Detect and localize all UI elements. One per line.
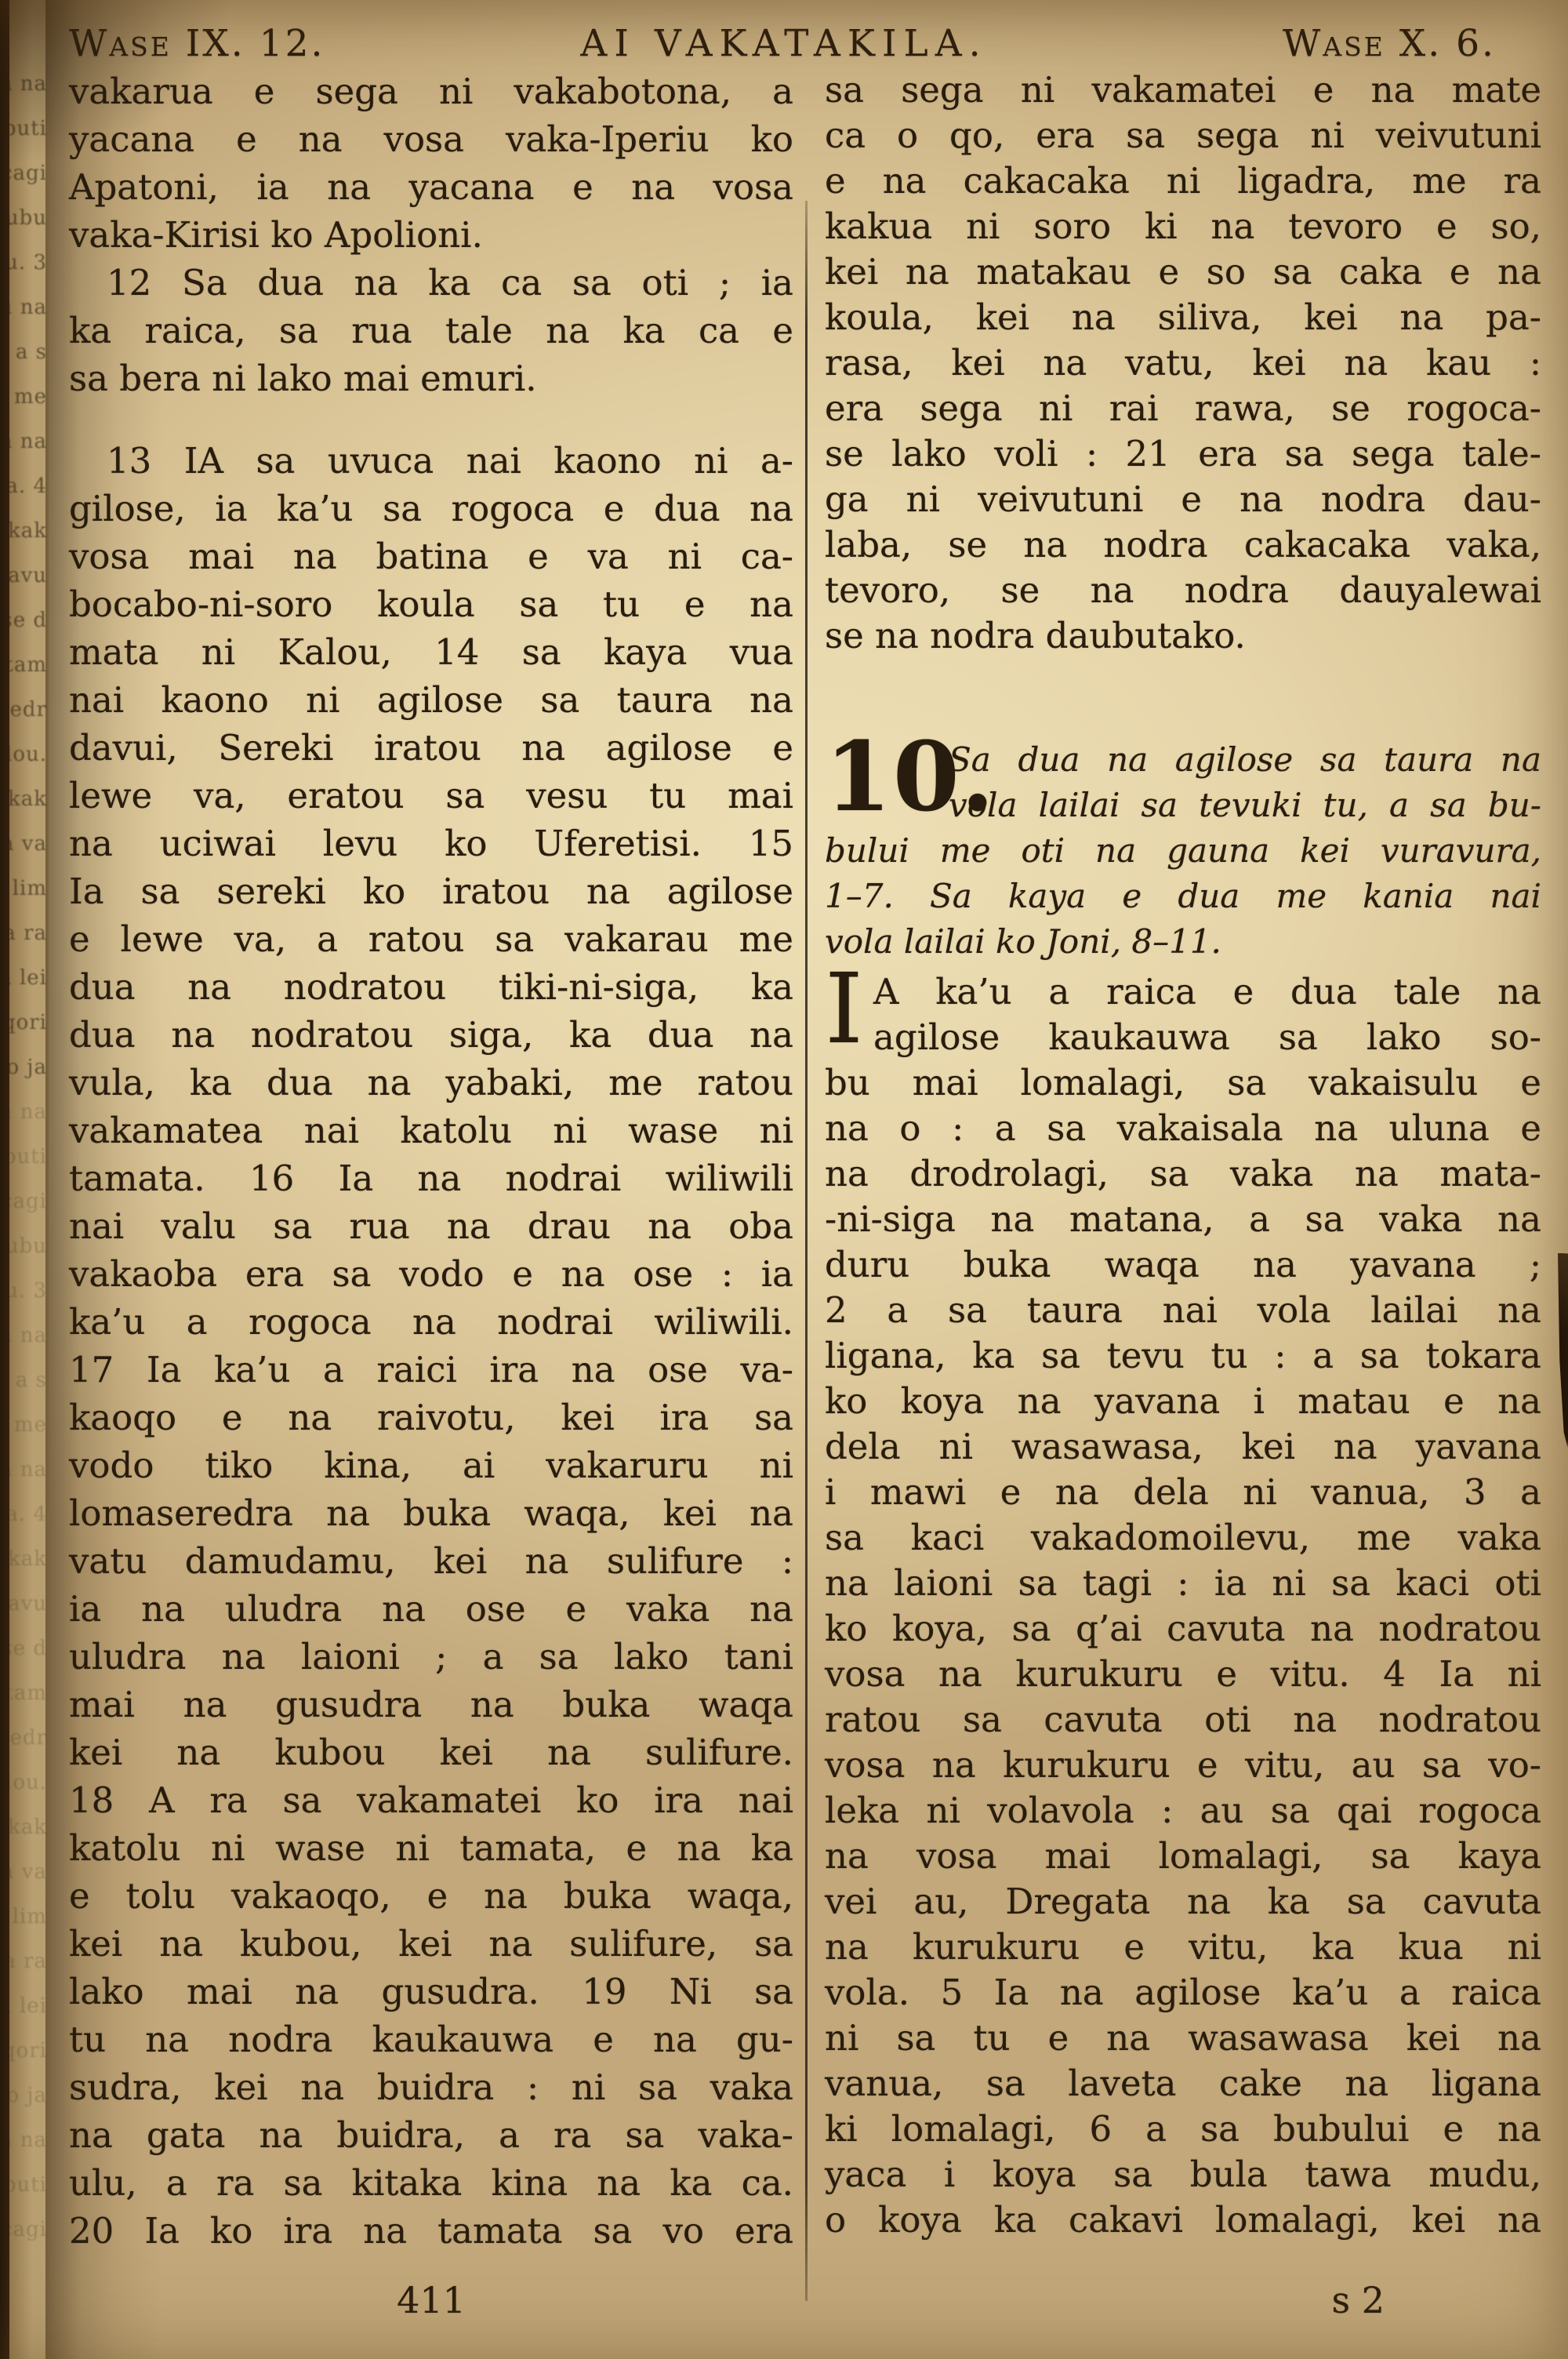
text-line: tu na nodra kaukauwa e na gu- — [69, 2016, 793, 2063]
text-line: ni sa tu e na wasawasa kei na — [825, 2016, 1541, 2061]
text-line: na o : a sa vakaisala na uluna e — [825, 1106, 1541, 1151]
text-line: lewe va, eratou sa vesu tu mai — [69, 772, 793, 820]
text-line: kei na matakau e so sa caka e na — [825, 249, 1541, 295]
text-line: ko koya, sa q’ai cavuta na nodratou — [825, 1606, 1541, 1652]
text-line: vodo tiko kina, ai vakaruru ni — [69, 1441, 793, 1489]
text-line: -ni-siga na matana, a sa vaka na — [825, 1197, 1541, 1242]
right-column: sa sega ni vakamatei e na mateca o qo, e… — [825, 67, 1541, 2243]
text-line: bocabo-ni-soro koula sa tu e na — [69, 580, 793, 628]
text-line: ca o qo, era sa sega ni veivutuni — [825, 113, 1541, 158]
left-column: vakarua e sega ni vakabotona, ayacana e … — [69, 67, 793, 2255]
gutter-text-fragment: a na lei — [8, 1994, 47, 2018]
gutter-text-fragment: a. 4 — [8, 1503, 47, 1526]
text-line: 1–7. Sa kaya e dua me kania nai — [825, 874, 1541, 919]
text-line: vola lailai ko Joni, 8–11. — [825, 919, 1541, 965]
text-line: vosa mai na batina e va ni ca- — [69, 533, 793, 580]
text-line: gilose, ia ka’u sa rogoca e dua na — [69, 485, 793, 533]
book-gutter-edge — [0, 0, 9, 2359]
gutter-text-fragment: a na lei — [8, 966, 47, 990]
gutter-text-fragment: va na — [8, 1458, 47, 1481]
text-line: ka raica, sa rua tale na ka ca e — [69, 307, 793, 354]
text-line: 17 Ia ka’u a raici ira na ose va- — [69, 1346, 793, 1394]
text-line: dela ni wasawasa, kei na yavana — [825, 1424, 1541, 1470]
signature-mark: s 2 — [825, 2279, 1541, 2321]
gutter-text-fragment: sa buti — [8, 117, 47, 140]
text-line: A ka’u a raica e dua tale na — [825, 969, 1541, 1015]
gutter-text-fragment: o ja — [8, 2084, 47, 2107]
gutter-text-fragment: alou. — [8, 743, 47, 766]
text-line: vakarua e sega ni vakabotona, a — [69, 67, 793, 115]
text-line: sa sega ni vakamatei e na mate — [825, 67, 1541, 113]
text-line: mata ni Kalou, 14 sa kaya vua — [69, 628, 793, 676]
gutter-text-fragment: vaka na — [8, 72, 47, 96]
text-line: leka ni volavola : au sa qai rogoca — [825, 1788, 1541, 1834]
text-line: ligana, ka sa tevu tu : a sa tokara — [825, 1333, 1541, 1379]
gutter-text-fragment: adredr — [8, 698, 47, 722]
text-line: na laioni sa tagi : ia ni sa kaci oti — [825, 1561, 1541, 1606]
chapter-10-body: I A ka’u a raica e dua tale naagilose ka… — [825, 969, 1541, 2243]
text-line: nai kaono ni agilose sa taura na — [69, 676, 793, 724]
text-line: na vosa mai lomalagi, sa kaya — [825, 1834, 1541, 1879]
text-line: 13 IA sa uvuca nai kaono ni a- — [69, 437, 793, 485]
text-line: vei au, Dregata na ka sa cavuta — [825, 1879, 1541, 1925]
gutter-text-fragment: na tam — [8, 653, 47, 677]
column-divider-rule — [805, 201, 808, 2301]
text-line: vola. 5 Ia na agilose ka’u a raica — [825, 1970, 1541, 2016]
text-line: Apatoni, ia na yacana e na vosa — [69, 163, 793, 211]
gutter-text-fragment: lu. 3 — [8, 1279, 47, 1303]
text-line: e tolu vakaoqo, e na buka waqa, — [69, 1872, 793, 1920]
text-line: vatu damudamu, kei na sulifure : — [69, 1537, 793, 1585]
text-line: vosa na kurukuru e vitu. 4 Ia ni — [825, 1652, 1541, 1697]
previous-page-edge: vaka nasa butina cagiai kubulu. 3bou naa… — [8, 0, 49, 2359]
gutter-text-fragment: sa buti — [8, 1145, 47, 1169]
text-line: dua na nodratou tiki-ni-siga, ka — [69, 963, 793, 1011]
gutter-text-fragment: na tam — [8, 1681, 47, 1705]
text-line: na drodrolagi, sa vaka na mata- — [825, 1151, 1541, 1197]
text-line: mai na gusudra na buka waqa — [69, 1681, 793, 1728]
gutter-text-fragment: lu. 3 — [8, 251, 47, 274]
text-line: se na nodra daubutako. — [825, 613, 1541, 659]
text-line: koula, kei na siliva, kei na pa- — [825, 295, 1541, 340]
text-line: davui, Sereki iratou na agilose e — [69, 724, 793, 772]
gutter-text-fragment: adredr — [8, 1726, 47, 1750]
text-line: katolu ni wase ni tamata, e na ka — [69, 1824, 793, 1872]
text-line: i mawi e na dela ni vanua, 3 a — [825, 1470, 1541, 1515]
gutter-text-fragment: vuravu — [8, 1592, 47, 1616]
gutter-text-fragment: bou na — [8, 1324, 47, 1347]
text-line: o koya ka cakavi lomalagi, kei na — [825, 2197, 1541, 2243]
text-line: 20 Ia ko ira na tamata sa vo era — [69, 2207, 793, 2255]
text-line: Ia sa sereki ko iratou na agilose — [69, 867, 793, 915]
text-line: lomaseredra na buka waqa, kei na — [69, 1489, 793, 1537]
text-line: sa bera ni lako mai emuri. — [69, 354, 793, 402]
text-line: na kurukuru e vitu, ka kua ni — [825, 1925, 1541, 1970]
text-line: ka’u a rogoca na nodrai wiliwili. — [69, 1298, 793, 1346]
text-line: laba, se na nodra cakacaka vaka, — [825, 522, 1541, 568]
text-line: kei na kubou, kei na sulifure, sa — [69, 1920, 793, 1968]
gutter-text-fragment: a, se d — [8, 1637, 47, 1660]
page-number: 411 — [69, 2279, 793, 2321]
gutter-text-fragment: ai kubu — [8, 1234, 47, 1258]
text-line: vakaoba era sa vodo e na ose : ia — [69, 1250, 793, 1298]
gutter-text-fragment: e ra va — [8, 832, 47, 856]
gutter-text-fragment: qori — [8, 1011, 47, 1034]
gutter-text-fragment: ai kubu — [8, 206, 47, 230]
text-line: dua na nodratou siga, ka dua na — [69, 1011, 793, 1059]
text-line: lako mai na gusudra. 19 Ni sa — [69, 1968, 793, 2016]
gutter-text-fragment: ra kak — [8, 519, 47, 543]
text-line: nai valu sa rua na drau na oba — [69, 1202, 793, 1250]
gutter-text-fragment: vaka na — [8, 1100, 47, 1124]
text-line: tamata. 16 Ia na nodrai wiliwili — [69, 1154, 793, 1202]
gutter-text-fragment: ra kak — [8, 1816, 47, 1839]
text-line: vanua, sa laveta cake na ligana — [825, 2061, 1541, 2106]
text-line: e na cakacaka ni ligadra, me ra — [825, 158, 1541, 204]
gutter-text-fragment: na cagi — [8, 162, 47, 185]
text-line: bu mai lomalagi, sa vakaisulu e — [825, 1060, 1541, 1106]
gutter-text-fragment: a, se d — [8, 609, 47, 632]
gutter-text-fragment: e ra va — [8, 1860, 47, 1884]
gutter-text-fragment: vuravu — [8, 564, 47, 587]
gutter-text-fragment: o ja — [8, 1056, 47, 1079]
running-head-right: Wase X. 6. — [1283, 22, 1496, 65]
text-line: ga ni veivutuni e na nodra dau- — [825, 477, 1541, 522]
text-line: ia na uludra na ose e vaka na — [69, 1585, 793, 1633]
drop-cap: I — [825, 969, 873, 1056]
text-line: kaoqo e na raivotu, kei ira sa — [69, 1394, 793, 1441]
text-line: vaka-Kirisi ko Apolioni. — [69, 211, 793, 259]
text-line: vula, ka dua na yabaki, me ratou — [69, 1059, 793, 1107]
text-line: 2 a sa taura nai vola lailai na — [825, 1288, 1541, 1333]
text-line: duru buka waqa na yavana ; — [825, 1242, 1541, 1288]
text-line: bului me oti na gauna kei vuravura, — [825, 828, 1541, 874]
text-line: yaca i koya sa bula tawa mudu, — [825, 2152, 1541, 2197]
text-line: uludra na laioni ; a sa lako tani — [69, 1633, 793, 1681]
text-line: 12 Sa dua na ka ca sa oti ; ia — [69, 259, 793, 307]
gutter-text-fragment: va, me — [8, 385, 47, 409]
gutter-text-fragment: ula lim — [8, 877, 47, 900]
gutter-text-fragment: va na — [8, 430, 47, 453]
gutter-text-fragment: na cagi — [8, 2218, 47, 2241]
text-line: era sega ni rai rawa, se rogoca- — [825, 386, 1541, 431]
text-line: sa kaci vakadomoilevu, me vaka — [825, 1515, 1541, 1561]
gutter-text-fragment: ka na ra — [8, 1950, 47, 1973]
gutter-text-fragment: ka na ra — [8, 921, 47, 945]
text-line: 18 A ra sa vakamatei ko ira nai — [69, 1776, 793, 1824]
text-line: vakamatea nai katolu ni wase ni — [69, 1107, 793, 1154]
gutter-text-fragment: bou na — [8, 296, 47, 319]
text-line: e lewe va, a ratou sa vakarau me — [69, 915, 793, 963]
text-line: ki lomalagi, 6 a sa bubului e na — [825, 2106, 1541, 2152]
chapter-10-heading: 10. Sa dua na agilose sa taura navola la… — [825, 737, 1541, 965]
chapter-body-lines: A ka’u a raica e dua tale naagilose kauk… — [825, 969, 1541, 2243]
text-line: kakua ni soro ki na tevoro e so, — [825, 204, 1541, 249]
text-line: vosa na kurukuru e vitu, au sa vo- — [825, 1743, 1541, 1788]
gutter-text-fragment: vaka na — [8, 2128, 47, 2152]
text-line: agilose kaukauwa sa lako so- — [825, 1015, 1541, 1060]
text-line: yacana e na vosa vaka-Iperiu ko — [69, 115, 793, 163]
text-line: na uciwai levu ko Uferetisi. 15 — [69, 820, 793, 867]
text-line: ratou sa cavuta oti na nodratou — [825, 1697, 1541, 1743]
text-line: ko koya na yavana i matau e na — [825, 1379, 1541, 1424]
chapter-number: 10. — [825, 737, 949, 825]
text-line: na gata na buidra, a ra sa vaka- — [69, 2111, 793, 2159]
gutter-text-fragment: na cagi — [8, 1190, 47, 1213]
gutter-text-fragment: ra kak — [8, 1547, 47, 1571]
text-line: tevoro, se na nodra dauyalewai — [825, 568, 1541, 613]
text-line: sudra, kei na buidra : ni sa vaka — [69, 2063, 793, 2111]
gutter-text-fragment: alou. — [8, 1771, 47, 1794]
gutter-text-fragment: qori — [8, 2039, 47, 2063]
gutter-text-fragment: va, me — [8, 1413, 47, 1437]
text-line: se lako voli : 21 era sa sega tale- — [825, 431, 1541, 477]
text-line: kei na kubou kei na sulifure. — [69, 1728, 793, 1776]
gutter-text-fragment: sa buti — [8, 2173, 47, 2197]
book-page: vaka nasa butina cagiai kubulu. 3bou naa… — [0, 0, 1568, 2359]
page-edge-mark — [1548, 1253, 1568, 1448]
gutter-text-fragment: a : a s — [8, 1369, 47, 1392]
gutter-text-fragment: ula lim — [8, 1905, 47, 1928]
text-line: ulu, a ra sa kitaka kina na ka ca. — [69, 2159, 793, 2207]
gutter-text-fragment: ra kak — [8, 787, 47, 811]
text-line: rasa, kei na vatu, kei na kau : — [825, 340, 1541, 386]
right-column-paragraph: sa sega ni vakamatei e na mateca o qo, e… — [825, 67, 1541, 659]
gutter-text-fragment: a : a s — [8, 340, 47, 364]
gutter-text-fragment: a. 4 — [8, 474, 47, 498]
